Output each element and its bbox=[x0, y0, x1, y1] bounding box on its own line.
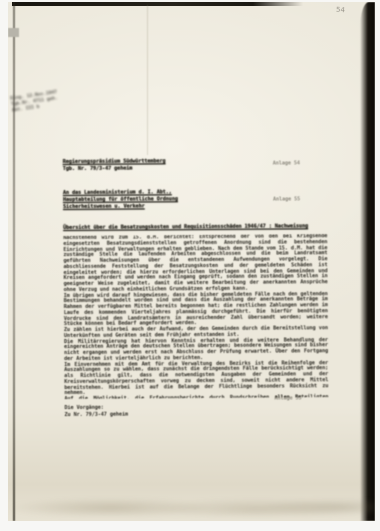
recipient-line-3: Sicherheitswesen u. Verkehr bbox=[63, 204, 145, 210]
body-paragraph: Im Einvernehmen mit dem Amt für die Verw… bbox=[64, 361, 328, 397]
sender-file-number: Tgb. Nr. 79/3-47 geheim bbox=[63, 167, 133, 173]
body-paragraph: Die Militärregierung hat hiervon Kenntni… bbox=[64, 338, 328, 363]
body-paragraph: Nachstehend wird zum 15. d.M. berichtet:… bbox=[63, 234, 327, 293]
subject-line: Übersicht über die Besatzungskosten und … bbox=[63, 224, 308, 231]
typewritten-content: Regierungspräsidium Südwürttemberg Tgb. … bbox=[8, 2, 375, 521]
annex-label-1: Anlage 54 bbox=[273, 161, 300, 167]
body-text: Nachstehend wird zum 15. d.M. berichtet:… bbox=[63, 234, 328, 399]
scanned-document-screenshot: { "scan": { "corner_number": "54", "stam… bbox=[0, 0, 380, 531]
closing-line-2: Zu Nr. 79/3-47 geheim bbox=[64, 413, 128, 419]
scanned-page: 54 Eing. 12.Nov.1947 Tgb.Nr. 4711 geh. A… bbox=[8, 2, 375, 521]
annex-label-3: Anlage 55 bbox=[274, 396, 301, 402]
annex-label-2: Anlage 55 bbox=[273, 197, 300, 203]
body-paragraph: Im übrigen wird darauf hingewiesen, dass… bbox=[64, 292, 328, 328]
